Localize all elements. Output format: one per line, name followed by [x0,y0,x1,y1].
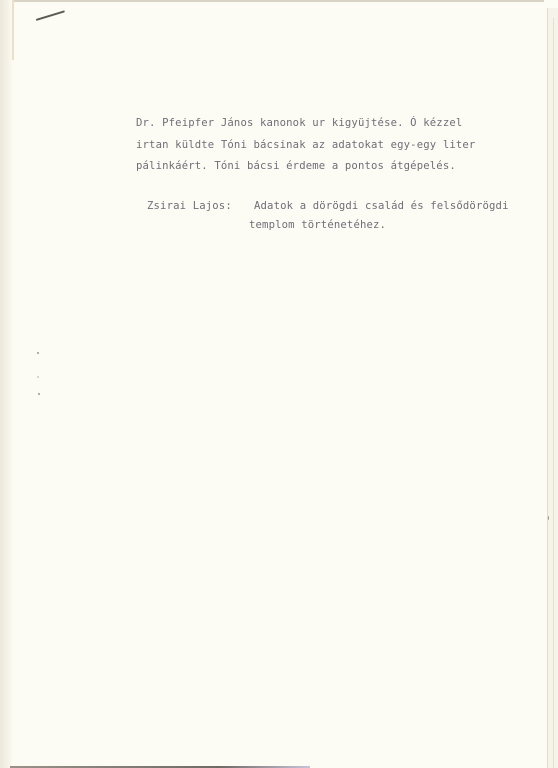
paper-speck [37,376,39,378]
pen-mark-icon [36,10,65,21]
paper-speck [37,352,39,354]
underlying-sheet-line [553,18,554,768]
page-top-edge [14,0,544,2]
paper-speck [548,516,549,520]
scanned-page: Dr. Pfeipfer János kanonok ur kigyüjtése… [0,0,558,768]
reference-title-line-2: templom történetéhez. [249,220,386,231]
reference-title-line-1: Adatok a dörögdi család és felsődörögdi [254,201,509,212]
note-line-1: Dr. Pfeipfer János kanonok ur kigyüjtése… [136,118,462,129]
note-line-3: pálinkáért. Tóni bácsi érdeme a pontos á… [136,161,456,172]
reference-author: Zsirai Lajos: [147,201,232,212]
page-left-edge [0,0,12,768]
paper-speck [38,393,40,395]
page-crease [12,0,14,60]
note-line-2: irtan küldte Tóni bácsinak az adatokat e… [136,140,475,151]
underlying-sheet-edge [547,8,558,768]
